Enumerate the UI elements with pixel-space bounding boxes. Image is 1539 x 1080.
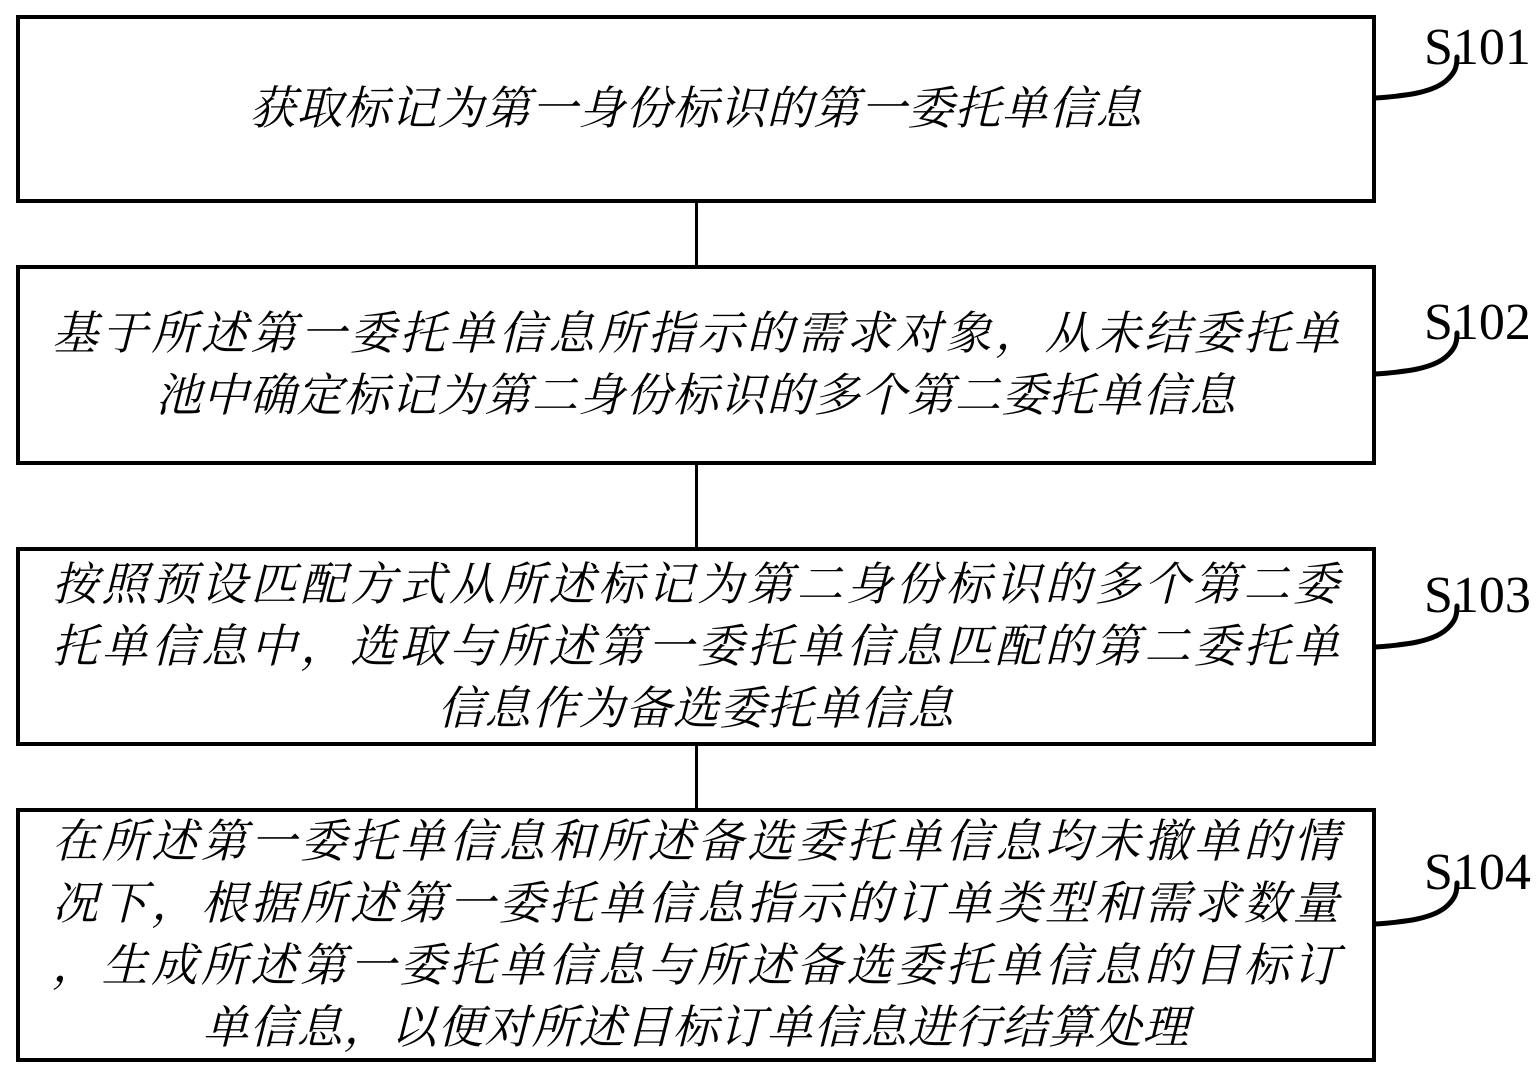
connector-line-1 [695,203,698,265]
step-s104-text-line-1: 在所述第一委托单信息和所述备选委托单信息均未撤单的情 [52,811,1340,873]
step-box-s103: 按照预设匹配方式从所述标记为第二身份标识的多个第二委 托单信息中，选取与所述第一… [16,547,1376,746]
step-s101-text-line-1: 获取标记为第一身份标识的第一委托单信息 [52,78,1340,140]
step-box-s102: 基于所述第一委托单信息所指示的需求对象，从未结委托单 池中确定标记为第二身份标识… [16,265,1376,465]
leader-curve-s104-icon [1374,871,1466,931]
step-s103-text-line-3: 信息作为备选委托单信息 [52,678,1340,740]
step-s103-text-line-2: 托单信息中，选取与所述第一委托单信息匹配的第二委托单 [52,616,1340,678]
step-s102-text-line-2: 池中确定标记为第二身份标识的多个第二委托单信息 [52,365,1340,427]
connector-line-3 [695,746,698,808]
leader-curve-s103-icon [1374,594,1466,654]
step-box-s104: 在所述第一委托单信息和所述备选委托单信息均未撤单的情 况下，根据所述第一委托单信… [16,808,1376,1062]
step-s102-text-line-1: 基于所述第一委托单信息所指示的需求对象，从未结委托单 [52,303,1340,365]
leader-curve-s102-icon [1374,321,1466,381]
leader-curve-s101-icon [1374,45,1466,105]
step-s104-text-line-3: ，生成所述第一委托单信息与所述备选委托单信息的目标订 [52,935,1340,997]
flowchart-figure: 获取标记为第一身份标识的第一委托单信息 基于所述第一委托单信息所指示的需求对象，… [0,0,1539,1080]
step-s104-text-line-4: 单信息，以便对所述目标订单信息进行结算处理 [52,997,1340,1059]
step-s104-text-line-2: 况下，根据所述第一委托单信息指示的订单类型和需求数量 [52,873,1340,935]
step-box-s101: 获取标记为第一身份标识的第一委托单信息 [16,15,1376,203]
connector-line-2 [695,465,698,547]
step-s103-text-line-1: 按照预设匹配方式从所述标记为第二身份标识的多个第二委 [52,554,1340,616]
